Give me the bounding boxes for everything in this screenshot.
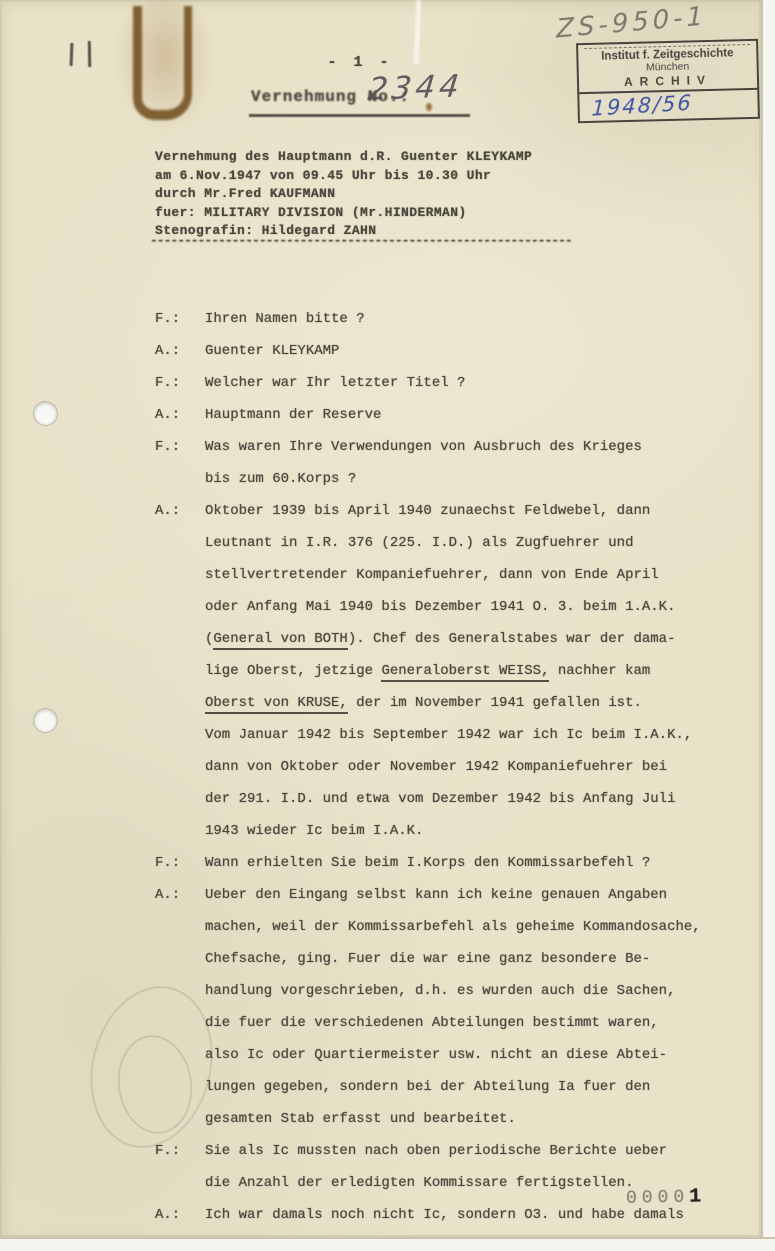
handwritten-archive-ref: ZS-950-1 — [556, 1, 707, 44]
typed-line: Oberst von KRUSE, der im November 1941 g… — [205, 687, 715, 719]
typed-line: Wann erhielten Sie beim I.Korps den Komm… — [205, 847, 715, 879]
qa-lines: Wann erhielten Sie beim I.Korps den Komm… — [205, 847, 715, 879]
punch-hole — [33, 708, 58, 733]
typed-line: Vom Januar 1942 bis September 1942 war i… — [205, 719, 715, 751]
typed-line: Welcher war Ihr letzter Titel ? — [205, 367, 715, 399]
interrogation-transcript: F.:Ihren Namen bitte ?A.:Guenter KLEYKAM… — [155, 303, 715, 1231]
typed-line: der 291. I.D. und etwa vom Dezember 1942… — [205, 783, 715, 815]
qa-speaker-label: A.: — [155, 879, 180, 911]
typed-line: Was waren Ihre Verwendungen von Ausbruch… — [205, 431, 715, 463]
qa-speaker-label: A.: — [155, 1199, 180, 1231]
pencil-tick-mark — [70, 43, 74, 66]
qa-speaker-label: A.: — [155, 495, 180, 527]
typed-line: dann von Oktober oder November 1942 Komp… — [205, 751, 715, 783]
typed-line: bis zum 60.Korps ? — [205, 463, 715, 495]
typed-line: lige Oberst, jetzige Generaloberst WEISS… — [205, 655, 715, 687]
archive-stamp-text: Institut f. Zeitgeschichte München ARCHI… — [578, 41, 757, 94]
title-underline — [249, 114, 470, 117]
handwritten-registry-number: 1948/56 — [591, 90, 693, 122]
underlined-name: General von BOTH — [213, 631, 347, 650]
qa-speaker-label: A.: — [155, 335, 180, 367]
typed-line: also Ic oder Quartiermeister usw. nicht … — [205, 1039, 715, 1071]
qa-lines: Ihren Namen bitte ? — [205, 303, 715, 335]
pencil-tick-mark — [88, 41, 91, 67]
header-line: durch Mr.Fred KAUFMANN — [155, 185, 532, 204]
qa-speaker-label: F.: — [155, 303, 180, 335]
sheet-number: - 1 - — [300, 54, 420, 71]
document-page: ZS-950-1 Institut f. Zeitgeschichte Münc… — [0, 0, 761, 1237]
typed-line: Sie als Ic mussten nach oben periodische… — [205, 1135, 715, 1167]
separator-line: ----------------------------------------… — [150, 233, 628, 248]
underlined-name: Generaloberst WEISS, — [381, 663, 549, 682]
typed-line: (General von BOTH). Chef des Generalstab… — [205, 623, 715, 655]
qa-lines: Hauptmann der Reserve — [205, 399, 715, 431]
qa-entry: A.:Ueber den Eingang selbst kann ich kei… — [155, 879, 715, 1135]
header-line: am 6.Nov.1947 von 09.45 Uhr bis 10.30 Uh… — [155, 167, 532, 186]
typed-line: Chefsache, ging. Fuer die war eine ganz … — [205, 943, 715, 975]
qa-entry: F.:Welcher war Ihr letzter Titel ? — [155, 367, 715, 399]
qa-speaker-label: F.: — [155, 367, 180, 399]
typed-line: die fuer die verschiedenen Abteilungen b… — [205, 1007, 715, 1039]
qa-speaker-label: F.: — [155, 847, 180, 879]
typed-line: lungen gegeben, sondern bei der Abteilun… — [205, 1071, 715, 1103]
qa-lines: Was waren Ihre Verwendungen von Ausbruch… — [205, 431, 715, 495]
scanner-background — [0, 1237, 775, 1251]
typed-line: Ueber den Eingang selbst kann ich keine … — [205, 879, 715, 911]
paperclip-mark — [133, 6, 192, 120]
qa-entry: A.:Guenter KLEYKAMP — [155, 335, 715, 367]
qa-speaker-label: A.: — [155, 399, 180, 431]
typed-line: machen, weil der Kommissarbefehl als geh… — [205, 911, 715, 943]
typed-line: stellvertretender Kompaniefuehrer, dann … — [205, 559, 715, 591]
typed-line: handlung vorgeschrieben, d.h. es wurden … — [205, 975, 715, 1007]
typed-line: Ihren Namen bitte ? — [205, 303, 715, 335]
header-line: Vernehmung des Hauptmann d.R. Guenter KL… — [155, 148, 532, 167]
scanner-background — [761, 0, 775, 1251]
qa-entry: A.:Oktober 1939 bis April 1940 zunaechst… — [155, 495, 715, 847]
page-count-digit: 1 — [689, 1185, 706, 1208]
typed-line: oder Anfang Mai 1940 bis Dezember 1941 O… — [205, 591, 715, 623]
qa-lines: Ueber den Eingang selbst kann ich keine … — [205, 879, 715, 1135]
qa-lines: Welcher war Ihr letzter Titel ? — [205, 367, 715, 399]
punch-hole — [33, 401, 58, 426]
handwritten-interrogation-number: 2344 — [366, 68, 465, 107]
header-block: Vernehmung des Hauptmann d.R. Guenter KL… — [155, 148, 532, 241]
qa-speaker-label: F.: — [155, 1135, 180, 1167]
qa-speaker-label: F.: — [155, 431, 180, 463]
archive-stamp: Institut f. Zeitgeschichte München ARCHI… — [576, 39, 760, 123]
stamp-registry-row: 1948/56 — [579, 90, 758, 121]
qa-entry: F.:Ihren Namen bitte ? — [155, 303, 715, 335]
page-count-zeros: 0000 — [626, 1188, 690, 1209]
qa-lines: Guenter KLEYKAMP — [205, 335, 715, 367]
typed-line: Leutnant in I.R. 376 (225. I.D.) als Zug… — [205, 527, 715, 559]
typed-line: 1943 wieder Ic beim I.A.K. — [205, 815, 715, 847]
typed-line: Oktober 1939 bis April 1940 zunaechst Fe… — [205, 495, 715, 527]
typed-line: gesamten Stab erfasst und bearbeitet. — [205, 1103, 715, 1135]
qa-entry: F.:Wann erhielten Sie beim I.Korps den K… — [155, 847, 715, 879]
qa-entry: A.:Hauptmann der Reserve — [155, 399, 715, 431]
qa-lines: Oktober 1939 bis April 1940 zunaechst Fe… — [205, 495, 715, 847]
page-count-stamp: 00001 — [626, 1185, 707, 1209]
header-line: fuer: MILITARY DIVISION (Mr.HINDERMAN) — [155, 204, 532, 223]
underlined-name: Oberst von KRUSE, — [205, 695, 348, 714]
typed-line: Hauptmann der Reserve — [205, 399, 715, 431]
stamp-archive-line: ARCHIV — [581, 72, 755, 90]
qa-entry: F.:Was waren Ihre Verwendungen von Ausbr… — [155, 431, 715, 495]
typed-line: Guenter KLEYKAMP — [205, 335, 715, 367]
